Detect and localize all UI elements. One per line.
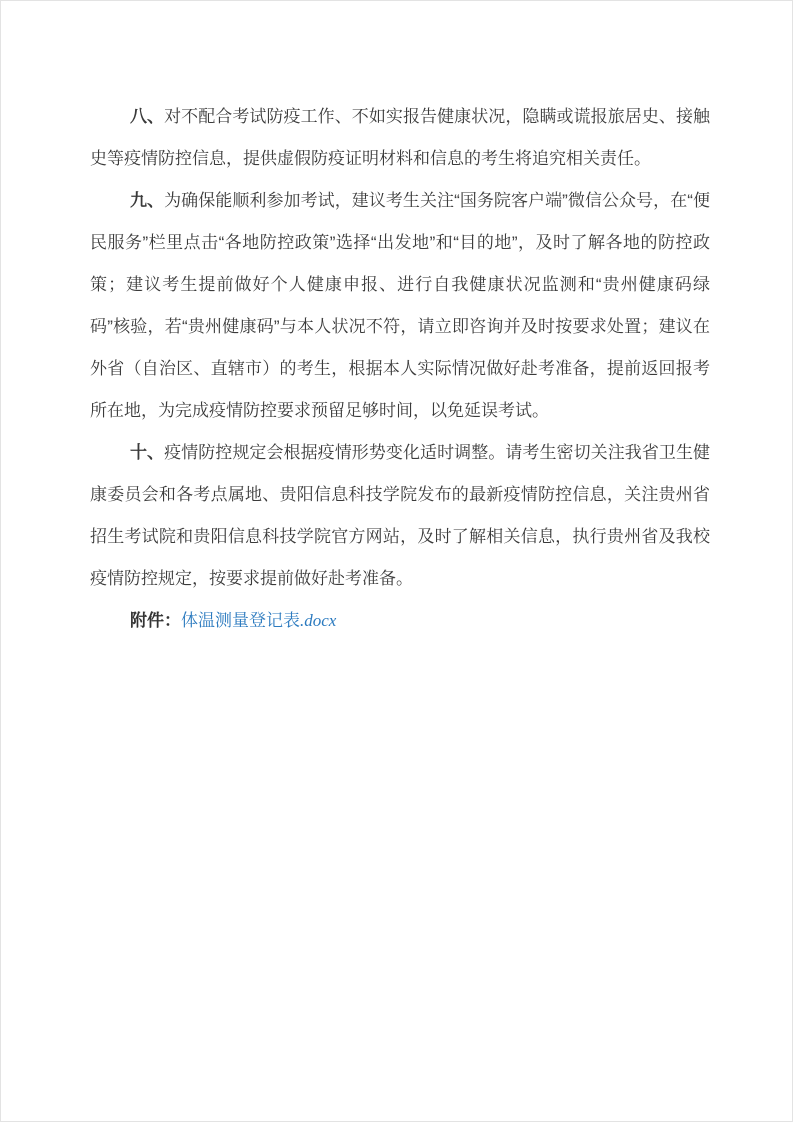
document-page: 八、对不配合考试防疫工作、不如实报告健康状况，隐瞒或谎报旅居史、接触史等疫情防控… bbox=[0, 0, 793, 1122]
paragraph-8-number: 八、 bbox=[130, 107, 164, 126]
paragraph-10-number: 十、 bbox=[130, 443, 164, 462]
attachment-line: 附件：体温测量登记表.docx bbox=[90, 600, 710, 642]
document-body: 八、对不配合考试防疫工作、不如实报告健康状况，隐瞒或谎报旅居史、接触史等疫情防控… bbox=[90, 96, 710, 642]
paragraph-10: 十、疫情防控规定会根据疫情形势变化适时调整。请考生密切关注我省卫生健康委员会和各… bbox=[90, 432, 710, 600]
paragraph-9-text: 为确保能顺利参加考试，建议考生关注“国务院客户端”微信公众号，在“便民服务”栏里… bbox=[90, 191, 710, 420]
paragraph-8: 八、对不配合考试防疫工作、不如实报告健康状况，隐瞒或谎报旅居史、接触史等疫情防控… bbox=[90, 96, 710, 180]
attachment-link[interactable]: 体温测量登记表.docx bbox=[181, 611, 336, 630]
paragraph-9-number: 九、 bbox=[130, 191, 164, 210]
paragraph-10-text: 疫情防控规定会根据疫情形势变化适时调整。请考生密切关注我省卫生健康委员会和各考点… bbox=[90, 443, 710, 588]
paragraph-9: 九、为确保能顺利参加考试，建议考生关注“国务院客户端”微信公众号，在“便民服务”… bbox=[90, 180, 710, 432]
paragraph-8-text: 对不配合考试防疫工作、不如实报告健康状况，隐瞒或谎报旅居史、接触史等疫情防控信息… bbox=[90, 107, 710, 168]
attachment-link-ext: .docx bbox=[300, 611, 336, 630]
attachment-label: 附件： bbox=[130, 611, 181, 630]
attachment-link-text: 体温测量登记表 bbox=[181, 611, 300, 630]
